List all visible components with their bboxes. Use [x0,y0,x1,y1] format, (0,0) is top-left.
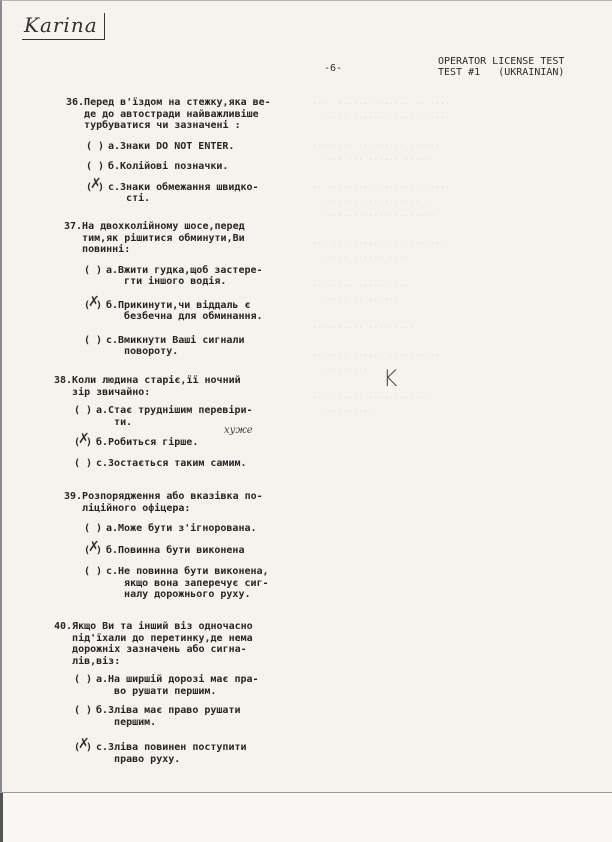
answer-text: с.Не повинна бути виконена, якщо вона за… [106,566,269,601]
question-stem: 37.На двохколійному шосе,перед тим,як рі… [64,221,263,256]
answer-checkbox[interactable]: ( ) [74,458,96,470]
answer-text: а.Знаки DO NOT ENTER. [108,141,234,153]
answer-checkbox[interactable]: ( )✗ [86,182,108,205]
answer-text: а.Може бути з'ігнорована. [106,523,257,535]
handwritten-x-mark-icon: ✗ [90,179,102,191]
answer-option[interactable]: ( )б.Колійові позначки. [86,161,271,173]
answer-option[interactable]: ( )с.Не повинна бути виконена, якщо вона… [84,566,269,601]
answer-checkbox[interactable]: ( ) [84,566,106,601]
answer-checkbox[interactable]: ( )✗ [84,545,106,557]
answer-text: б.Колійові позначки. [108,161,228,173]
answer-checkbox[interactable]: ( ) [74,674,96,697]
answer-option[interactable]: ( )✗б.Прикинути,чи віддаль є безбечна дл… [84,300,263,323]
answer-option[interactable]: ( )б.Зліва має право рушати першим. [74,705,259,728]
answer-text: с.Знаки обмежання швидко- сті. [108,182,259,205]
question-38: 38.Коли людина старіє,її ночний зір звич… [54,375,253,469]
answer-checkbox[interactable]: ( )✗ [74,742,96,765]
handwritten-x-mark-icon: ✗ [88,297,100,309]
answer-text: с.Зліва повинен поступити право руху. [96,742,247,765]
question-stem: 36.Перед в'їздом на стежку,яка ве- де до… [66,97,271,132]
answer-option[interactable]: ( )✗с.Знаки обмежання швидко- сті. [86,182,271,205]
question-36: 36.Перед в'їздом на стежку,яка ве- де до… [66,97,271,205]
handwritten-signature: Karina [22,13,105,40]
grader-initial-mark: K [383,367,397,392]
answer-checkbox[interactable]: ( ) [74,705,96,728]
scan-background [0,793,612,842]
handwritten-x-mark-icon: ✗ [88,542,100,554]
show-through-text: ... ....... ...... .. .... ..... .......… [312,81,612,741]
answer-option[interactable]: ( )✗б.Повинна бути виконена [84,545,269,557]
answer-checkbox[interactable]: ( )✗ [84,300,106,323]
answer-option[interactable]: ( )а.На ширшій дорозі має пра- во рушати… [74,674,259,697]
answer-option[interactable]: ( )с.Вмикнути Ваші сигнали повороту. [84,335,263,358]
answer-option[interactable]: ( )с.Зостається таким самим. [74,458,253,470]
document-page: ... ....... ...... .. .... ..... .......… [0,0,612,793]
answer-text: с.Вмикнути Ваші сигнали повороту. [106,335,244,358]
question-39: 39.Розпорядження або вказівка по- ліційн… [64,491,269,601]
question-stem: 38.Коли людина старіє,її ночний зір звич… [54,375,253,398]
answer-text: б.Зліва має право рушати першим. [96,705,241,728]
answer-checkbox[interactable]: ( ) [84,523,106,535]
question-stem: 40.Якщо Ви та інший віз одночасно під'їх… [54,621,259,667]
answer-text: б.Прикинути,чи віддаль є безбечна для об… [106,300,263,323]
answer-checkbox[interactable]: ( ) [86,161,108,173]
answer-text: а.На ширшій дорозі має пра- во рушати пе… [96,674,259,697]
answer-text: б.Повинна бути виконена [106,545,244,557]
handwritten-x-mark-icon: ✗ [78,434,90,446]
answer-text: б.Робиться гірше. [96,437,198,449]
question-stem: 39.Розпорядження або вказівка по- ліційн… [64,491,269,514]
answer-checkbox[interactable]: ( ) [84,265,106,288]
answer-option[interactable]: ( )а.Може бути з'ігнорована. [84,523,269,535]
answer-option[interactable]: ( )а.Вжити гудка,щоб застере- гти іншого… [84,265,263,288]
answer-checkbox[interactable]: ( ) [86,141,108,153]
answer-checkbox[interactable]: ( )✗ [74,437,96,449]
answer-option[interactable]: ( )✗б.Робиться гірше.хуже [74,437,253,449]
test-header: OPERATOR LICENSE TEST TEST #1 (UKRAINIAN… [438,56,564,78]
question-37: 37.На двохколійному шосе,перед тим,як рі… [64,221,263,358]
handwritten-note: хуже [224,425,253,437]
answer-option[interactable]: ( )а.Знаки DO NOT ENTER. [86,141,271,153]
answer-checkbox[interactable]: ( ) [74,405,96,428]
header-line-2: TEST #1 (UKRAINIAN) [438,67,564,78]
page-number: -6- [324,63,342,74]
answer-checkbox[interactable]: ( ) [84,335,106,358]
answer-text: с.Зостається таким самим. [96,458,247,470]
question-40: 40.Якщо Ви та інший віз одночасно під'їх… [54,621,259,765]
header-line-1: OPERATOR LICENSE TEST [438,56,564,67]
answer-text: а.Вжити гудка,щоб застере- гти іншого во… [106,265,263,288]
handwritten-x-mark-icon: ✗ [78,739,90,751]
answer-option[interactable]: ( )✗с.Зліва повинен поступити право руху… [74,742,259,765]
